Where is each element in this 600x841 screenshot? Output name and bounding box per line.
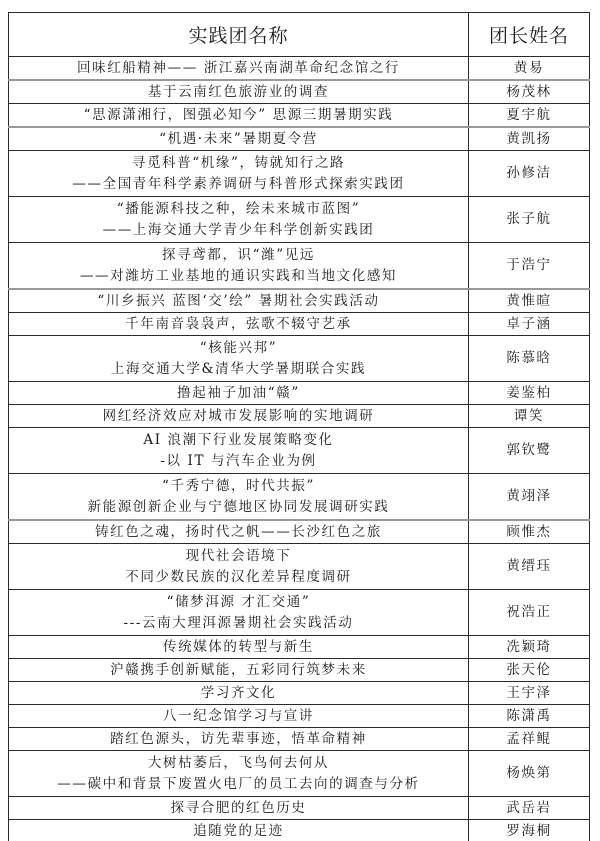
leader-name-cell: 郭钦鹭 [469,428,590,474]
team-name-line: ---云南大理洱源暑期社会实践活动 [9,613,468,634]
team-name-line: 沪赣携手创新赋能，五彩同行筑梦未来 [9,660,468,681]
team-name-line: “思源潇湘行，图强必知今” 思源三期暑期实践 [9,105,468,126]
table-row: 现代社会语境下不同少数民族的汉化差异程度调研黄缙珏 [9,544,590,590]
team-name-cell: 网红经济效应对城市发展影响的实地调研 [9,405,469,428]
team-name-line: ——对潍坊工业基地的通识实践和当地文化感知 [9,266,468,287]
leader-name-cell: 张子航 [469,197,590,243]
leader-name-cell: 杨焕第 [469,751,590,797]
table-row: 八一纪念馆学习与宣讲陈潇禹 [9,705,590,728]
table-body: 回味红船精神—— 浙江嘉兴南湖革命纪念馆之行黄易基于云南红色旅游业的调查杨茂林“… [9,57,590,841]
table-row: “思源潇湘行，图强必知今” 思源三期暑期实践夏宇航 [9,104,590,128]
team-name-cell: “核能兴邦”上海交通大学&清华大学暑期联合实践 [9,336,469,382]
table-row: 学习齐文化王宇泽 [9,682,590,705]
team-name-line: 千年南音袅袅声，弦歌不辍守艺承 [9,314,468,335]
leader-name-cell: 黄易 [469,57,590,81]
team-name-line: ——碳中和背景下废置火电厂的员工去向的调查与分析 [9,774,468,795]
team-name-line: 探寻鸢都，识“潍”见远 [9,245,468,266]
team-name-cell: 追随党的足迹 [9,820,469,841]
team-name-cell: 铸红色之魂，扬时代之帆——长沙红色之旅 [9,520,469,544]
team-name-line: 踏红色源头，访先辈事迹，悟革命精神 [9,729,468,750]
table-row: 回味红船精神—— 浙江嘉兴南湖革命纪念馆之行黄易 [9,57,590,81]
table-row: 寻觅科普“机缘”，铸就知行之路——全国青年科学素养调研与科普形式探索实践团孙修洁 [9,151,590,197]
team-name-cell: 大树枯萎后，飞鸟何去何从——碳中和背景下废置火电厂的员工去向的调查与分析 [9,751,469,797]
table-row: 铸红色之魂，扬时代之帆——长沙红色之旅顾惟杰 [9,520,590,544]
team-name-cell: 八一纪念馆学习与宣讲 [9,705,469,728]
practice-team-table: 实践团名称 团长姓名 回味红船精神—— 浙江嘉兴南湖革命纪念馆之行黄易基于云南红… [8,12,590,841]
team-name-line: ——上海交通大学青少年科学创新实践团 [9,220,468,241]
team-name-cell: “千秀宁德，时代共振”新能源创新企业与宁德地区协同发展调研实践 [9,474,469,521]
table-row: “播能源科技之种，绘未来城市蓝图”——上海交通大学青少年科学创新实践团张子航 [9,197,590,243]
leader-name-cell: 祝浩正 [469,590,590,636]
team-name-line: AI 浪潮下行业发展策略变化 [9,430,468,451]
team-name-line: -以 IT 与汽车企业为例 [9,451,468,472]
team-name-cell: 学习齐文化 [9,682,469,705]
team-name-line: 撸起袖子加油“赣” [9,383,468,404]
leader-name-cell: 黄惟暄 [469,289,590,313]
team-name-line: “储梦洱源 才汇交通” [9,592,468,613]
team-name-cell: 寻觅科普“机缘”，铸就知行之路——全国青年科学素养调研与科普形式探索实践团 [9,151,469,197]
table-row: “川乡振兴 蓝图‘交’绘” 暑期社会实践活动黄惟暄 [9,289,590,313]
leader-name-cell: 于浩宁 [469,243,590,290]
team-name-line: 新能源创新企业与宁德地区协同发展调研实践 [9,497,468,518]
team-name-cell: “机遇·未来”暑期夏令营 [9,127,469,151]
table-row: “机遇·未来”暑期夏令营黄凯扬 [9,127,590,151]
table-row: 探寻鸢都，识“潍”见远——对潍坊工业基地的通识实践和当地文化感知于浩宁 [9,243,590,290]
team-name-cell: “储梦洱源 才汇交通”---云南大理洱源暑期社会实践活动 [9,590,469,636]
leader-name-cell: 杨茂林 [469,80,590,104]
team-name-line: “核能兴邦” [9,338,468,359]
header-team-name: 实践团名称 [9,13,469,57]
leader-name-cell: 王宇泽 [469,682,590,705]
leader-name-cell: 黄凯扬 [469,127,590,151]
table-row: “核能兴邦”上海交通大学&清华大学暑期联合实践陈慕晗 [9,336,590,382]
team-name-line: “川乡振兴 蓝图‘交’绘” 暑期社会实践活动 [9,291,468,312]
leader-name-cell: 陈潇禹 [469,705,590,728]
team-name-cell: 探寻鸢都，识“潍”见远——对潍坊工业基地的通识实践和当地文化感知 [9,243,469,290]
team-name-line: 追随党的足迹 [9,821,468,841]
table-row: 千年南音袅袅声，弦歌不辍守艺承卓子涵 [9,313,590,336]
team-name-line: “播能源科技之种，绘未来城市蓝图” [9,199,468,220]
team-name-cell: 回味红船精神—— 浙江嘉兴南湖革命纪念馆之行 [9,57,469,81]
team-name-line: 铸红色之魂，扬时代之帆——长沙红色之旅 [9,522,468,543]
table-row: “储梦洱源 才汇交通”---云南大理洱源暑期社会实践活动祝浩正 [9,590,590,636]
table-row: 基于云南红色旅游业的调查杨茂林 [9,80,590,104]
team-name-line: 大树枯萎后，飞鸟何去何从 [9,753,468,774]
team-name-line: “千秀宁德，时代共振” [9,476,468,497]
leader-name-cell: 夏宇航 [469,104,590,128]
leader-name-cell: 张天伦 [469,659,590,682]
leader-name-cell: 陈慕晗 [469,336,590,382]
leader-name-cell: 罗海桐 [469,820,590,841]
table-row: AI 浪潮下行业发展策略变化-以 IT 与汽车企业为例郭钦鹭 [9,428,590,474]
team-name-line: ——全国青年科学素养调研与科普形式探索实践团 [9,174,468,195]
team-name-line: 学习齐文化 [9,683,468,704]
table-row: 探寻合肥的红色历史武岳岩 [9,797,590,820]
leader-name-cell: 黄翊泽 [469,474,590,521]
table-row: 大树枯萎后，飞鸟何去何从——碳中和背景下废置火电厂的员工去向的调查与分析杨焕第 [9,751,590,797]
team-name-cell: 千年南音袅袅声，弦歌不辍守艺承 [9,313,469,336]
team-name-line: 现代社会语境下 [9,546,468,567]
team-name-cell: “川乡振兴 蓝图‘交’绘” 暑期社会实践活动 [9,289,469,313]
table-row: 网红经济效应对城市发展影响的实地调研谭笑 [9,405,590,428]
leader-name-cell: 冼颖琦 [469,636,590,659]
table-row: 传统媒体的转型与新生冼颖琦 [9,636,590,659]
leader-name-cell: 孟祥鲲 [469,728,590,751]
table-row: 沪赣携手创新赋能，五彩同行筑梦未来张天伦 [9,659,590,682]
team-name-cell: 探寻合肥的红色历史 [9,797,469,820]
table-row: 追随党的足迹罗海桐 [9,820,590,841]
table-row: 撸起袖子加油“赣”姜鉴柏 [9,382,590,405]
leader-name-cell: 顾惟杰 [469,520,590,544]
leader-name-cell: 孙修洁 [469,151,590,197]
leader-name-cell: 谭笑 [469,405,590,428]
team-name-cell: 现代社会语境下不同少数民族的汉化差异程度调研 [9,544,469,590]
team-name-line: 探寻合肥的红色历史 [9,798,468,819]
team-name-cell: 踏红色源头，访先辈事迹，悟革命精神 [9,728,469,751]
team-name-line: 上海交通大学&清华大学暑期联合实践 [9,359,468,380]
team-name-cell: “思源潇湘行，图强必知今” 思源三期暑期实践 [9,104,469,128]
team-name-cell: 基于云南红色旅游业的调查 [9,80,469,104]
table-row: 踏红色源头，访先辈事迹，悟革命精神孟祥鲲 [9,728,590,751]
table-row: “千秀宁德，时代共振”新能源创新企业与宁德地区协同发展调研实践黄翊泽 [9,474,590,521]
leader-name-cell: 武岳岩 [469,797,590,820]
leader-name-cell: 黄缙珏 [469,544,590,590]
table-header-row: 实践团名称 团长姓名 [9,13,590,57]
team-name-line: 不同少数民族的汉化差异程度调研 [9,567,468,588]
team-name-line: 回味红船精神—— 浙江嘉兴南湖革命纪念馆之行 [9,58,468,79]
team-name-line: 寻觅科普“机缘”，铸就知行之路 [9,153,468,174]
leader-name-cell: 姜鉴柏 [469,382,590,405]
team-name-line: 八一纪念馆学习与宣讲 [9,706,468,727]
team-name-cell: 撸起袖子加油“赣” [9,382,469,405]
team-name-line: 传统媒体的转型与新生 [9,637,468,658]
team-name-cell: 沪赣携手创新赋能，五彩同行筑梦未来 [9,659,469,682]
team-name-cell: 传统媒体的转型与新生 [9,636,469,659]
team-name-cell: “播能源科技之种，绘未来城市蓝图”——上海交通大学青少年科学创新实践团 [9,197,469,243]
team-name-cell: AI 浪潮下行业发展策略变化-以 IT 与汽车企业为例 [9,428,469,474]
team-name-line: 网红经济效应对城市发展影响的实地调研 [9,406,468,427]
team-name-line: “机遇·未来”暑期夏令营 [9,129,468,150]
leader-name-cell: 卓子涵 [469,313,590,336]
header-leader-name: 团长姓名 [469,13,590,57]
team-name-line: 基于云南红色旅游业的调查 [9,82,468,103]
